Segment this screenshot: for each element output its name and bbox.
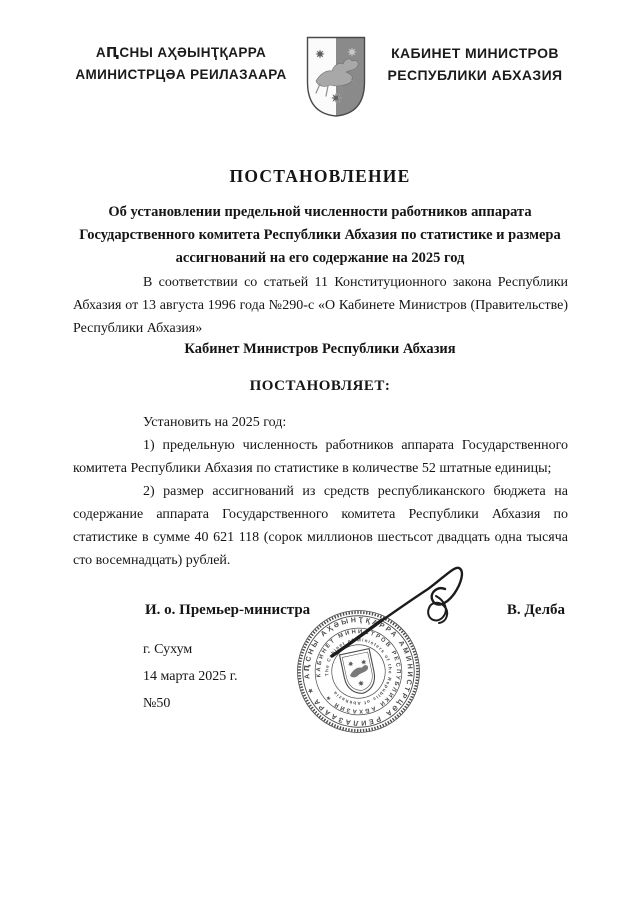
resolution-body: Установить на 2025 год: 1) предельную чи…: [73, 411, 568, 572]
document-subject: Об установлении предельной численности р…: [72, 201, 568, 270]
letterhead: АԤСНЫ АҲӘЫНҬҚАРРА АМИНИСТРЦӘА РЕИЛАЗААРА: [70, 42, 570, 119]
issue-date: 14 марта 2025 г.: [143, 668, 237, 686]
resolution-intro: Установить на 2025 год:: [73, 411, 568, 434]
issue-number: №50: [143, 695, 237, 713]
resolution-item-1: 1) предельную численность работников апп…: [73, 434, 568, 480]
org-name-abkhazian: АԤСНЫ АҲӘЫНҬҚАРРА АМИНИСТРЦӘА РЕИЛАЗААРА: [70, 42, 292, 86]
decree-document-page: АԤСНЫ АҲӘЫНҬҚАРРА АМИНИСТРЦӘА РЕИЛАЗААРА: [0, 0, 640, 905]
signer-name: В. Делба: [507, 602, 565, 619]
signer-title: И. о. Премьер-министра: [145, 602, 310, 619]
issue-details: г. Сухум 14 марта 2025 г. №50: [143, 641, 237, 722]
coat-of-arms-icon: [305, 35, 367, 119]
org-name-russian-line1: КАБИНЕТ МИНИСТРОВ: [380, 42, 570, 64]
org-name-abkhazian-line2: АМИНИСТРЦӘА РЕИЛАЗААРА: [70, 64, 292, 86]
org-name-russian: КАБИНЕТ МИНИСТРОВ РЕСПУБЛИКИ АБХАЗИЯ: [380, 42, 570, 86]
signature-icon: [318, 556, 474, 668]
document-title: ПОСТАНОВЛЕНИЕ: [0, 166, 640, 187]
issue-city: г. Сухум: [143, 641, 237, 659]
org-name-russian-line2: РЕСПУБЛИКИ АБХАЗИЯ: [380, 64, 570, 86]
resolves-line: ПОСТАНОВЛЯЕТ:: [0, 378, 640, 395]
preamble-paragraph: В соответствии со статьей 11 Конституцио…: [73, 271, 568, 340]
authority-line: Кабинет Министров Республики Абхазия: [0, 341, 640, 358]
org-name-abkhazian-line1: АԤСНЫ АҲӘЫНҬҚАРРА: [70, 42, 292, 64]
